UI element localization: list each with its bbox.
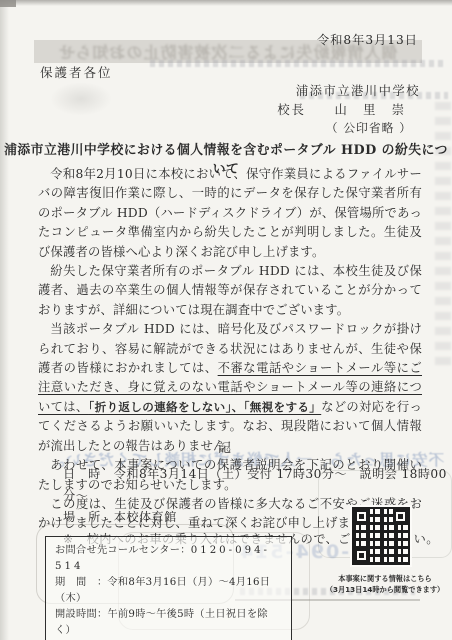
- sender-principal-name: 校長 山 里 崇: [277, 101, 420, 120]
- qr-code: [350, 505, 412, 567]
- qr-finder-icon: [393, 509, 408, 524]
- paragraph-3: 当該ポータブル HDD には、暗号化及びパスワードロックが掛けられており、容易に…: [38, 320, 422, 456]
- sender-school-name: 浦添市立港川中学校: [277, 82, 420, 101]
- showthrough-stamp-blob: [50, 82, 112, 116]
- place-value: 本校体育館: [114, 510, 177, 524]
- qr-caption-line-1: 本事案に関する情報はこちら: [318, 574, 452, 585]
- qr-code-pattern: [352, 507, 410, 565]
- ki-heading: 記: [0, 437, 452, 456]
- showthrough-edge-column: [435, 95, 451, 365]
- scan-corner-artifact: [0, 0, 16, 7]
- datetime-value: 令和8年3月14日（土）受付 17時30分～ 説明会 18時00分～: [63, 467, 447, 503]
- seal-omitted-note: （ 公印省略 ）: [277, 119, 420, 138]
- paragraph-3-underlined-bold: 「折り返しの連絡をしない」、「無視をする」: [88, 400, 321, 414]
- meeting-datetime-line: 日 時令和8年3月14日（土）受付 17時30分～ 説明会 18時00分～: [63, 464, 452, 507]
- document-date: 令和8年3月13日: [317, 31, 418, 48]
- callcenter-period-line: 期 間 ：令和8年3月16日（月）～4月16日（木）: [55, 575, 282, 607]
- callcenter-label: お問合せ先コールセンター：: [55, 545, 191, 556]
- showthrough-text-smudge: [150, 60, 445, 67]
- scanned-notice-page: 個人情報紛失による二次被害防止のお知らせ 不安に思ったら、一人で悩まずに相談して…: [0, 0, 452, 640]
- qr-finder-icon: [354, 509, 369, 524]
- sender-block: 浦添市立港川中学校 校長 山 里 崇 （ 公印省略 ）: [277, 82, 420, 138]
- qr-caption: 本事案に関する情報はこちら （3月13日14時から閲覧できます）: [318, 574, 452, 595]
- paragraph-2: 紛失した保守業者所有のポータブル HDD には、本校生徒及び保護者、過去の卒業生…: [38, 262, 422, 320]
- scan-edge-shadow-left: [0, 0, 9, 640]
- qr-finder-icon: [354, 548, 369, 563]
- paragraph-1: 令和8年2月10日に本校において、保守作業員によるファイルサーバの障害復旧作業に…: [38, 165, 422, 262]
- scan-edge-shadow-top: [0, 0, 452, 6]
- datetime-label: 日 時: [63, 467, 101, 481]
- qr-caption-line-2: （3月13日14時から閲覧できます）: [318, 585, 452, 596]
- place-label: 場 所: [63, 510, 101, 524]
- recipient-line: 保護者各位: [40, 63, 113, 81]
- callcenter-hours-line: 開設時間：午前9時～午後5時（土日祝日を除く）: [55, 607, 282, 639]
- callcenter-line: お問合せ先コールセンター：0120-094-514: [55, 543, 282, 575]
- call-center-info-box: お問合せ先コールセンター：0120-094-514 期 間 ：令和8年3月16日…: [45, 536, 292, 640]
